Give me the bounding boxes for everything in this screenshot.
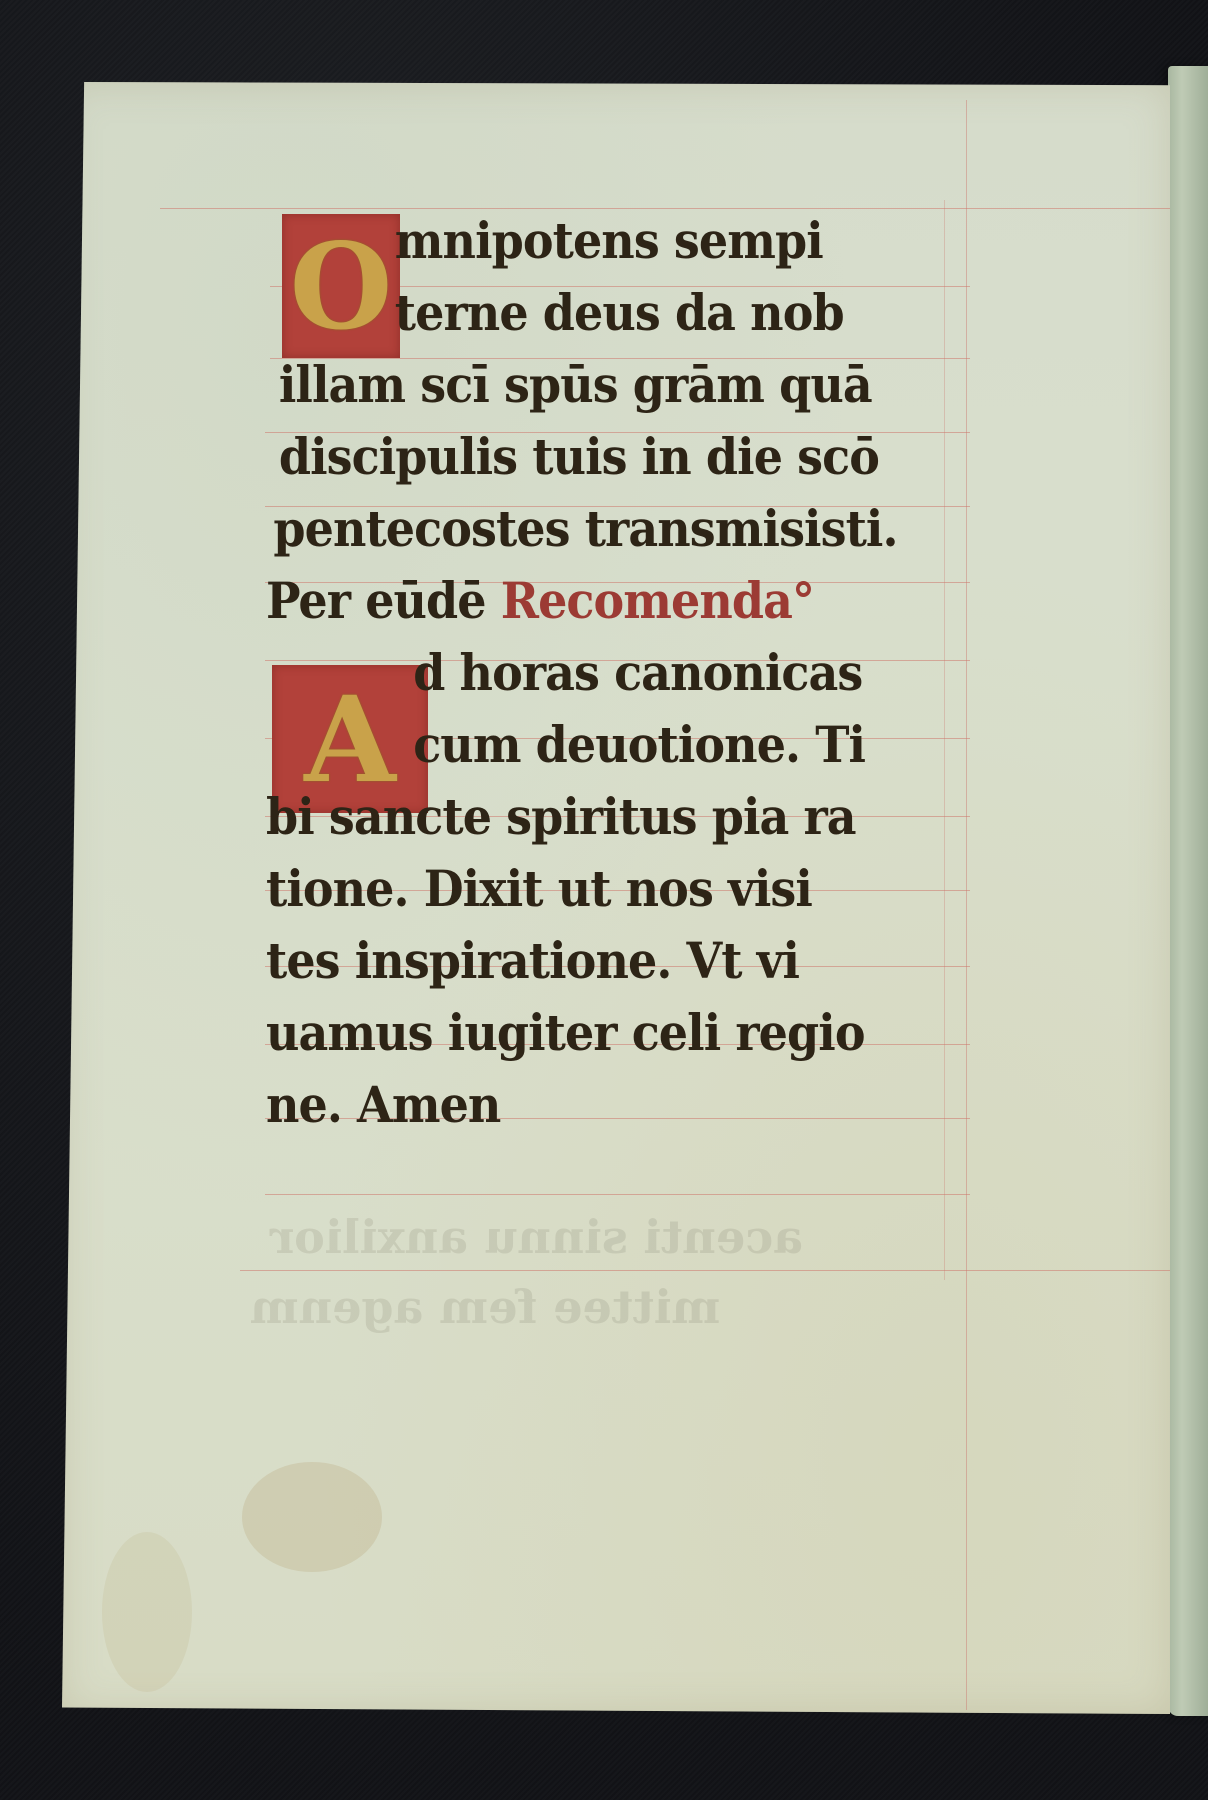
rubric-text: Recomenda°	[501, 571, 814, 630]
text-line: tione. Dixit ut nos visi	[266, 853, 956, 925]
text-line: cum deuotione. Ti	[266, 709, 956, 781]
photo-scene: acenti sinnu anxilior mittee fem agenm O…	[0, 0, 1208, 1800]
parchment-stain	[242, 1462, 382, 1572]
text-line: bi sancte spiritus pia ra	[266, 781, 956, 853]
text-line: uamus iugiter celi regio	[266, 997, 956, 1069]
text-line: d horas canonicas	[266, 637, 956, 709]
text-line: tes inspiratione. Vt vi	[266, 925, 956, 997]
show-through-text: acenti sinnu anxilior	[270, 1210, 803, 1264]
text-line: illam scī spūs grām quā	[266, 349, 956, 421]
manuscript-text: mnipotens sempi terne deus da nob illam …	[266, 205, 1016, 1141]
ruling-line	[240, 1270, 1170, 1271]
ruling-line	[265, 1194, 970, 1195]
adjacent-leaf-edge	[1168, 66, 1208, 1716]
parchment-stain	[102, 1532, 192, 1692]
text-line: discipulis tuis in die scō	[266, 421, 956, 493]
text-line: Per eūdē Recomenda°	[266, 565, 956, 637]
text-line: pentecostes transmisisti.	[266, 493, 956, 565]
text-line: terne deus da nob	[266, 277, 956, 349]
text-segment: Per eūdē	[266, 571, 486, 630]
text-line: mnipotens sempi	[266, 205, 956, 277]
text-line: ne. Amen	[266, 1069, 956, 1141]
show-through-text: mittee fem agenm	[250, 1280, 720, 1334]
